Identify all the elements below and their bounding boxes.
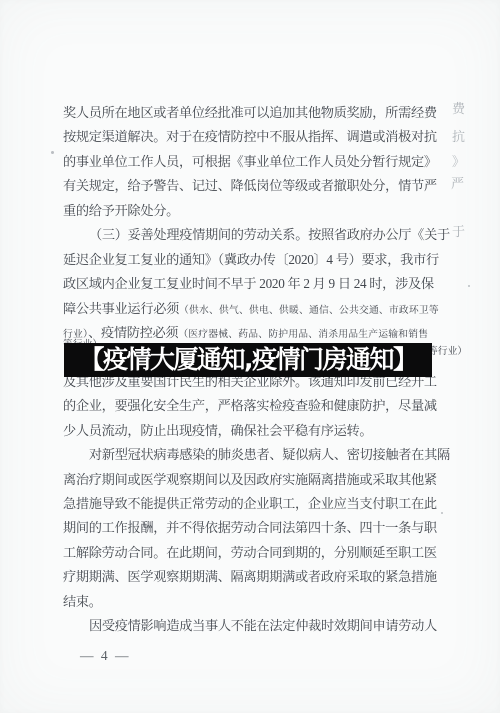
text-run: 政区域内企业复工复业时间不早于 2020 年 2 月 9 日 24 时，涉及保	[63, 276, 434, 291]
text-line: 期间的工作报酬，并不得依据劳动合同法第四十条、四十一条与职	[63, 516, 438, 540]
text-line: 奖人员所在地区或者单位经批准可以追加其他物质奖励，所需经费	[63, 101, 438, 125]
text-run: 有关规定，给予警告、记过、降低岗位等级或者撤职处分，情节严	[63, 178, 437, 193]
obscured-line-right-fragment: 等行业）	[428, 346, 467, 358]
text-run: 的企业，要强化安全生产，严格落实检疫查验和健康防护，尽量减	[63, 398, 437, 413]
text-run: 离治疗期间或医学观察期间以及因政府实施隔离措施或采取其他紧	[63, 472, 437, 487]
text-run: 按规定渠道解决。对于在疫情防控中不服从指挥、调遣或消极对抗	[63, 129, 437, 144]
text-line: 重的给予开除处分。	[63, 199, 438, 223]
text-run: 期间的工作报酬，并不得依据劳动合同法第四十条、四十一条与职	[63, 520, 437, 535]
text-line: 少人员流动，防止出现疫情，确保社会平稳有序运转。	[63, 419, 438, 443]
ghost-char: 于	[452, 225, 465, 238]
text-run: 延迟企业复工复业的通知》（冀政办传〔2020〕4 号）要求，我市行	[63, 252, 439, 267]
text-line: 离治疗期间或医学观察期间以及因政府实施隔离措施或采取其他紧	[63, 468, 438, 492]
text-line: 障公共事业运行必须（供水、供气、供电、供暖、通信、公共交通、市政环卫等	[63, 297, 438, 321]
text-line: 延迟企业复工复业的通知》（冀政办传〔2020〕4 号）要求，我市行	[63, 248, 438, 272]
text-line: 结束。	[63, 590, 438, 614]
overlay-banner-title: 【疫情大厦通知,疫情门房通知】	[64, 343, 432, 377]
text-line: （三）妥善处理疫情期间的劳动关系。按照省政府办公厅《关于	[63, 223, 438, 247]
scan-speck	[441, 512, 443, 514]
scan-speck	[468, 285, 470, 287]
text-run: 急措施导致不能提供正常劳动的企业职工，企业应当支付职工在此	[63, 496, 437, 511]
text-run: 因受疫情影响造成当事人不能在法定仲裁时效期间申请劳动人	[89, 618, 437, 633]
text-line: 工解除劳动合同。在此期间，劳动合同到期的，分别顺延至职工医	[63, 541, 438, 565]
text-line: 的企业，要强化安全生产，严格落实检疫查验和健康防护，尽量减	[63, 394, 438, 418]
text-run: 疗期期满、医学观察期期满、隔离期期满或者政府采取的紧急措施	[63, 569, 437, 584]
text-run: 的事业单位工作人员，可根据《事业单位工作人员处分暂行规定》	[63, 154, 437, 169]
text-line: 有关规定，给予警告、记过、降低岗位等级或者撤职处分，情节严	[63, 174, 438, 198]
text-run-small: （医疗器械、药品、防护用品、消杀用品生产运输和销售	[178, 329, 428, 340]
text-run: 奖人员所在地区或者单位经批准可以追加其他物质奖励，所需经费	[63, 105, 437, 120]
page-number: — 4 —	[80, 648, 131, 664]
ghost-char: 费	[452, 102, 465, 115]
text-run: 、疫情防控必须	[88, 325, 178, 340]
text-line: 疗期期满、医学观察期期满、隔离期期满或者政府采取的紧急措施	[63, 565, 438, 589]
scan-speck	[51, 151, 54, 154]
text-run: 结束。	[63, 594, 102, 609]
scanned-document-page: { "page": { "page_number": "— 4 —", "pap…	[0, 0, 500, 713]
text-line: 按规定渠道解决。对于在疫情防控中不服从指挥、调遣或消极对抗	[63, 125, 438, 149]
text-run: 重的给予开除处分。	[63, 203, 179, 218]
text-run: 障公共事业运行必须	[63, 301, 179, 316]
text-line: 因受疫情影响造成当事人不能在法定仲裁时效期间申请劳动人	[63, 614, 438, 638]
text-line: 对新型冠状病毒感染的肺炎患者、疑似病人、密切接触者在其隔	[63, 443, 438, 467]
text-line: 行业）、疫情防控必须（医疗器械、药品、防护用品、消杀用品生产运输和销售	[63, 321, 438, 345]
text-line: 急措施导致不能提供正常劳动的企业职工，企业应当支付职工在此	[63, 492, 438, 516]
text-run: 对新型冠状病毒感染的肺炎患者、疑似病人、密切接触者在其隔	[89, 447, 450, 462]
text-run: （三）妥善处理疫情期间的劳动关系。按照省政府办公厅《关于	[89, 227, 450, 242]
text-run: 少人员流动，防止出现疫情，确保社会平稳有序运转。	[63, 423, 372, 438]
text-line: 的事业单位工作人员，可根据《事业单位工作人员处分暂行规定》	[63, 150, 438, 174]
ghost-char: 抗	[452, 130, 465, 143]
text-run-small: （供水、供气、供电、供暖、通信、公共交通、市政环卫等	[179, 305, 439, 316]
text-line: 政区域内企业复工复业时间不早于 2020 年 2 月 9 日 24 时，涉及保	[63, 272, 438, 296]
text-run: 工解除劳动合同。在此期间，劳动合同到期的，分别顺延至职工医	[63, 545, 437, 560]
ghost-char: 严	[451, 177, 464, 190]
ghost-char: 》	[452, 155, 465, 168]
